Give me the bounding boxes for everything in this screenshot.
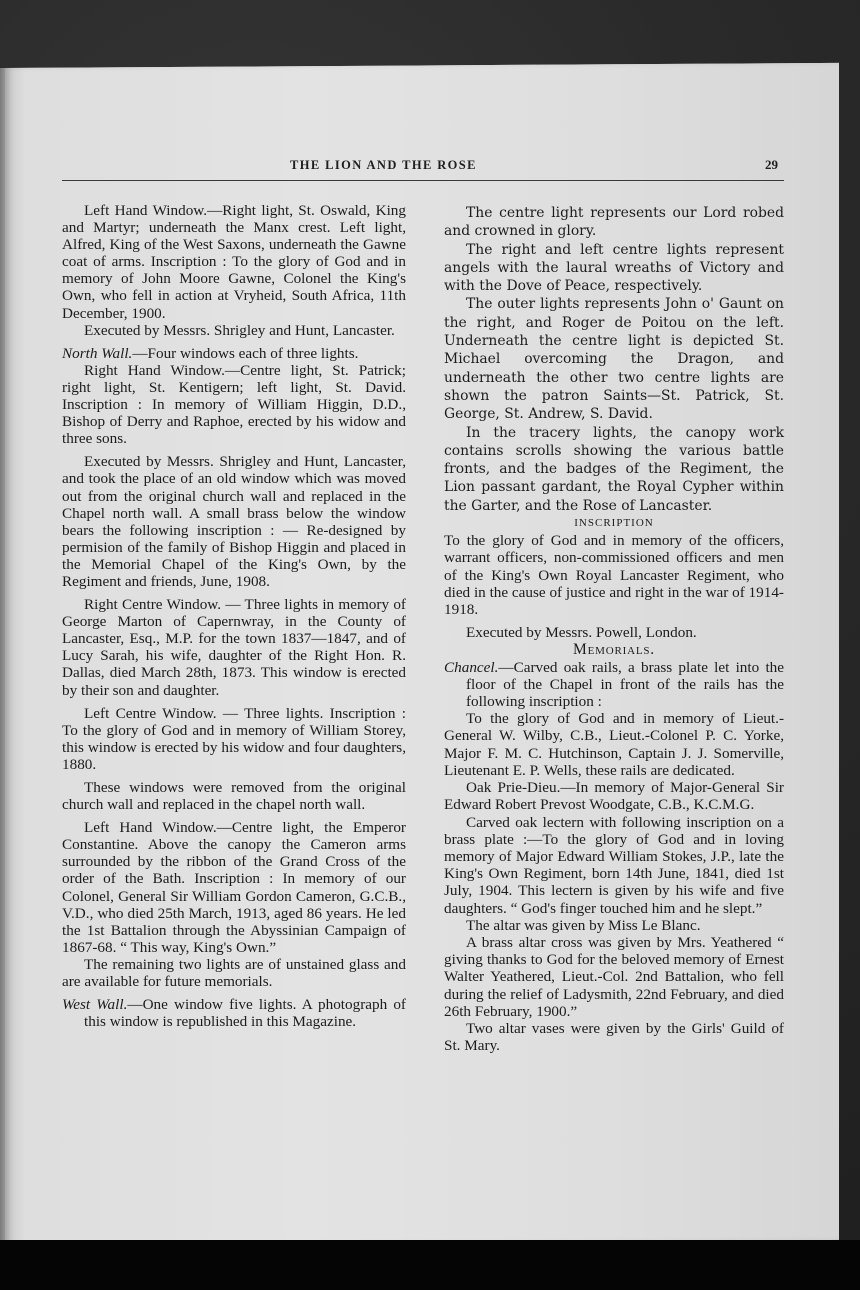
paragraph-prie-dieu: Oak Prie-Dieu.—In memory of Major-Genera… <box>444 779 784 813</box>
page-number: 29 <box>765 157 778 173</box>
executed-powell: Executed by Messrs. Powell, London. <box>444 624 784 641</box>
paragraph-left-hand-window: Left Hand Window.—Right light, St. Oswal… <box>62 202 406 322</box>
paragraph-left-centre-window: Left Centre Window. — Three lights. Insc… <box>62 705 406 773</box>
paragraph-altar-vases: Two altar vases were given by the Girls'… <box>444 1020 784 1054</box>
paragraph-tracery-lights: In the tracery lights, the canopy work c… <box>444 424 784 515</box>
paragraph-left-hand-window-cameron: Left Hand Window.—Centre light, the Empe… <box>62 819 406 956</box>
north-wall-text: —Four windows each of three lights. <box>132 345 358 362</box>
paragraph-outer-lights: The outer lights represents John o' Gaun… <box>444 295 784 423</box>
paragraph-centre-lights-angels: The right and left centre lights represe… <box>444 241 784 296</box>
paragraph-lectern: Carved oak lectern with following inscri… <box>444 814 784 917</box>
chancel-entry: Chancel.—Carved oak rails, a brass plate… <box>444 659 784 711</box>
paragraph-rails-dedication: To the glory of God and in memory of Lie… <box>444 710 784 779</box>
paragraph-right-centre-window: Right Centre Window. — Three lights in m… <box>62 596 406 699</box>
paragraph-altar: The altar was given by Miss Le Blanc. <box>444 917 784 934</box>
paragraph-remaining-lights: The remaining two lights are of unstaine… <box>62 956 406 990</box>
west-wall-text: —One window five lights. A photograph of… <box>84 996 406 1030</box>
inscription-heading: INSCRIPTION <box>444 515 784 532</box>
paragraph-executed-old-window: Executed by Messrs. Shrigley and Hunt, L… <box>62 453 406 590</box>
right-column: The centre light represents our Lord rob… <box>444 204 784 1054</box>
paragraph-right-hand-window: Right Hand Window.—Centre light, St. Pat… <box>62 362 406 447</box>
left-column: Left Hand Window.—Right light, St. Oswal… <box>62 202 406 1030</box>
west-wall-entry: West Wall.—One window five lights. A pho… <box>62 996 406 1030</box>
background-shadow <box>0 1240 860 1290</box>
north-wall-entry: North Wall.—Four windows each of three l… <box>62 345 406 362</box>
paragraph-altar-cross: A brass altar cross was given by Mrs. Ye… <box>444 934 784 1020</box>
memorials-heading: Memorials. <box>444 641 784 658</box>
running-header: THE LION AND THE ROSE 29 <box>62 156 784 181</box>
running-title: THE LION AND THE ROSE <box>290 158 477 173</box>
north-wall-label: North Wall. <box>62 345 132 362</box>
inscription-text: To the glory of God and in memory of the… <box>444 532 784 618</box>
paragraph-centre-light: The centre light represents our Lord rob… <box>444 204 784 241</box>
chancel-text: —Carved oak rails, a brass plate let int… <box>466 659 784 710</box>
right-column-lower: INSCRIPTION To the glory of God and in m… <box>444 515 784 1054</box>
paragraph-executed-shrigley: Executed by Messrs. Shrigley and Hunt, L… <box>62 322 406 339</box>
chancel-label: Chancel. <box>444 659 498 676</box>
west-wall-label: West Wall. <box>62 996 127 1013</box>
paragraph-windows-removed: These windows were removed from the orig… <box>62 779 406 813</box>
